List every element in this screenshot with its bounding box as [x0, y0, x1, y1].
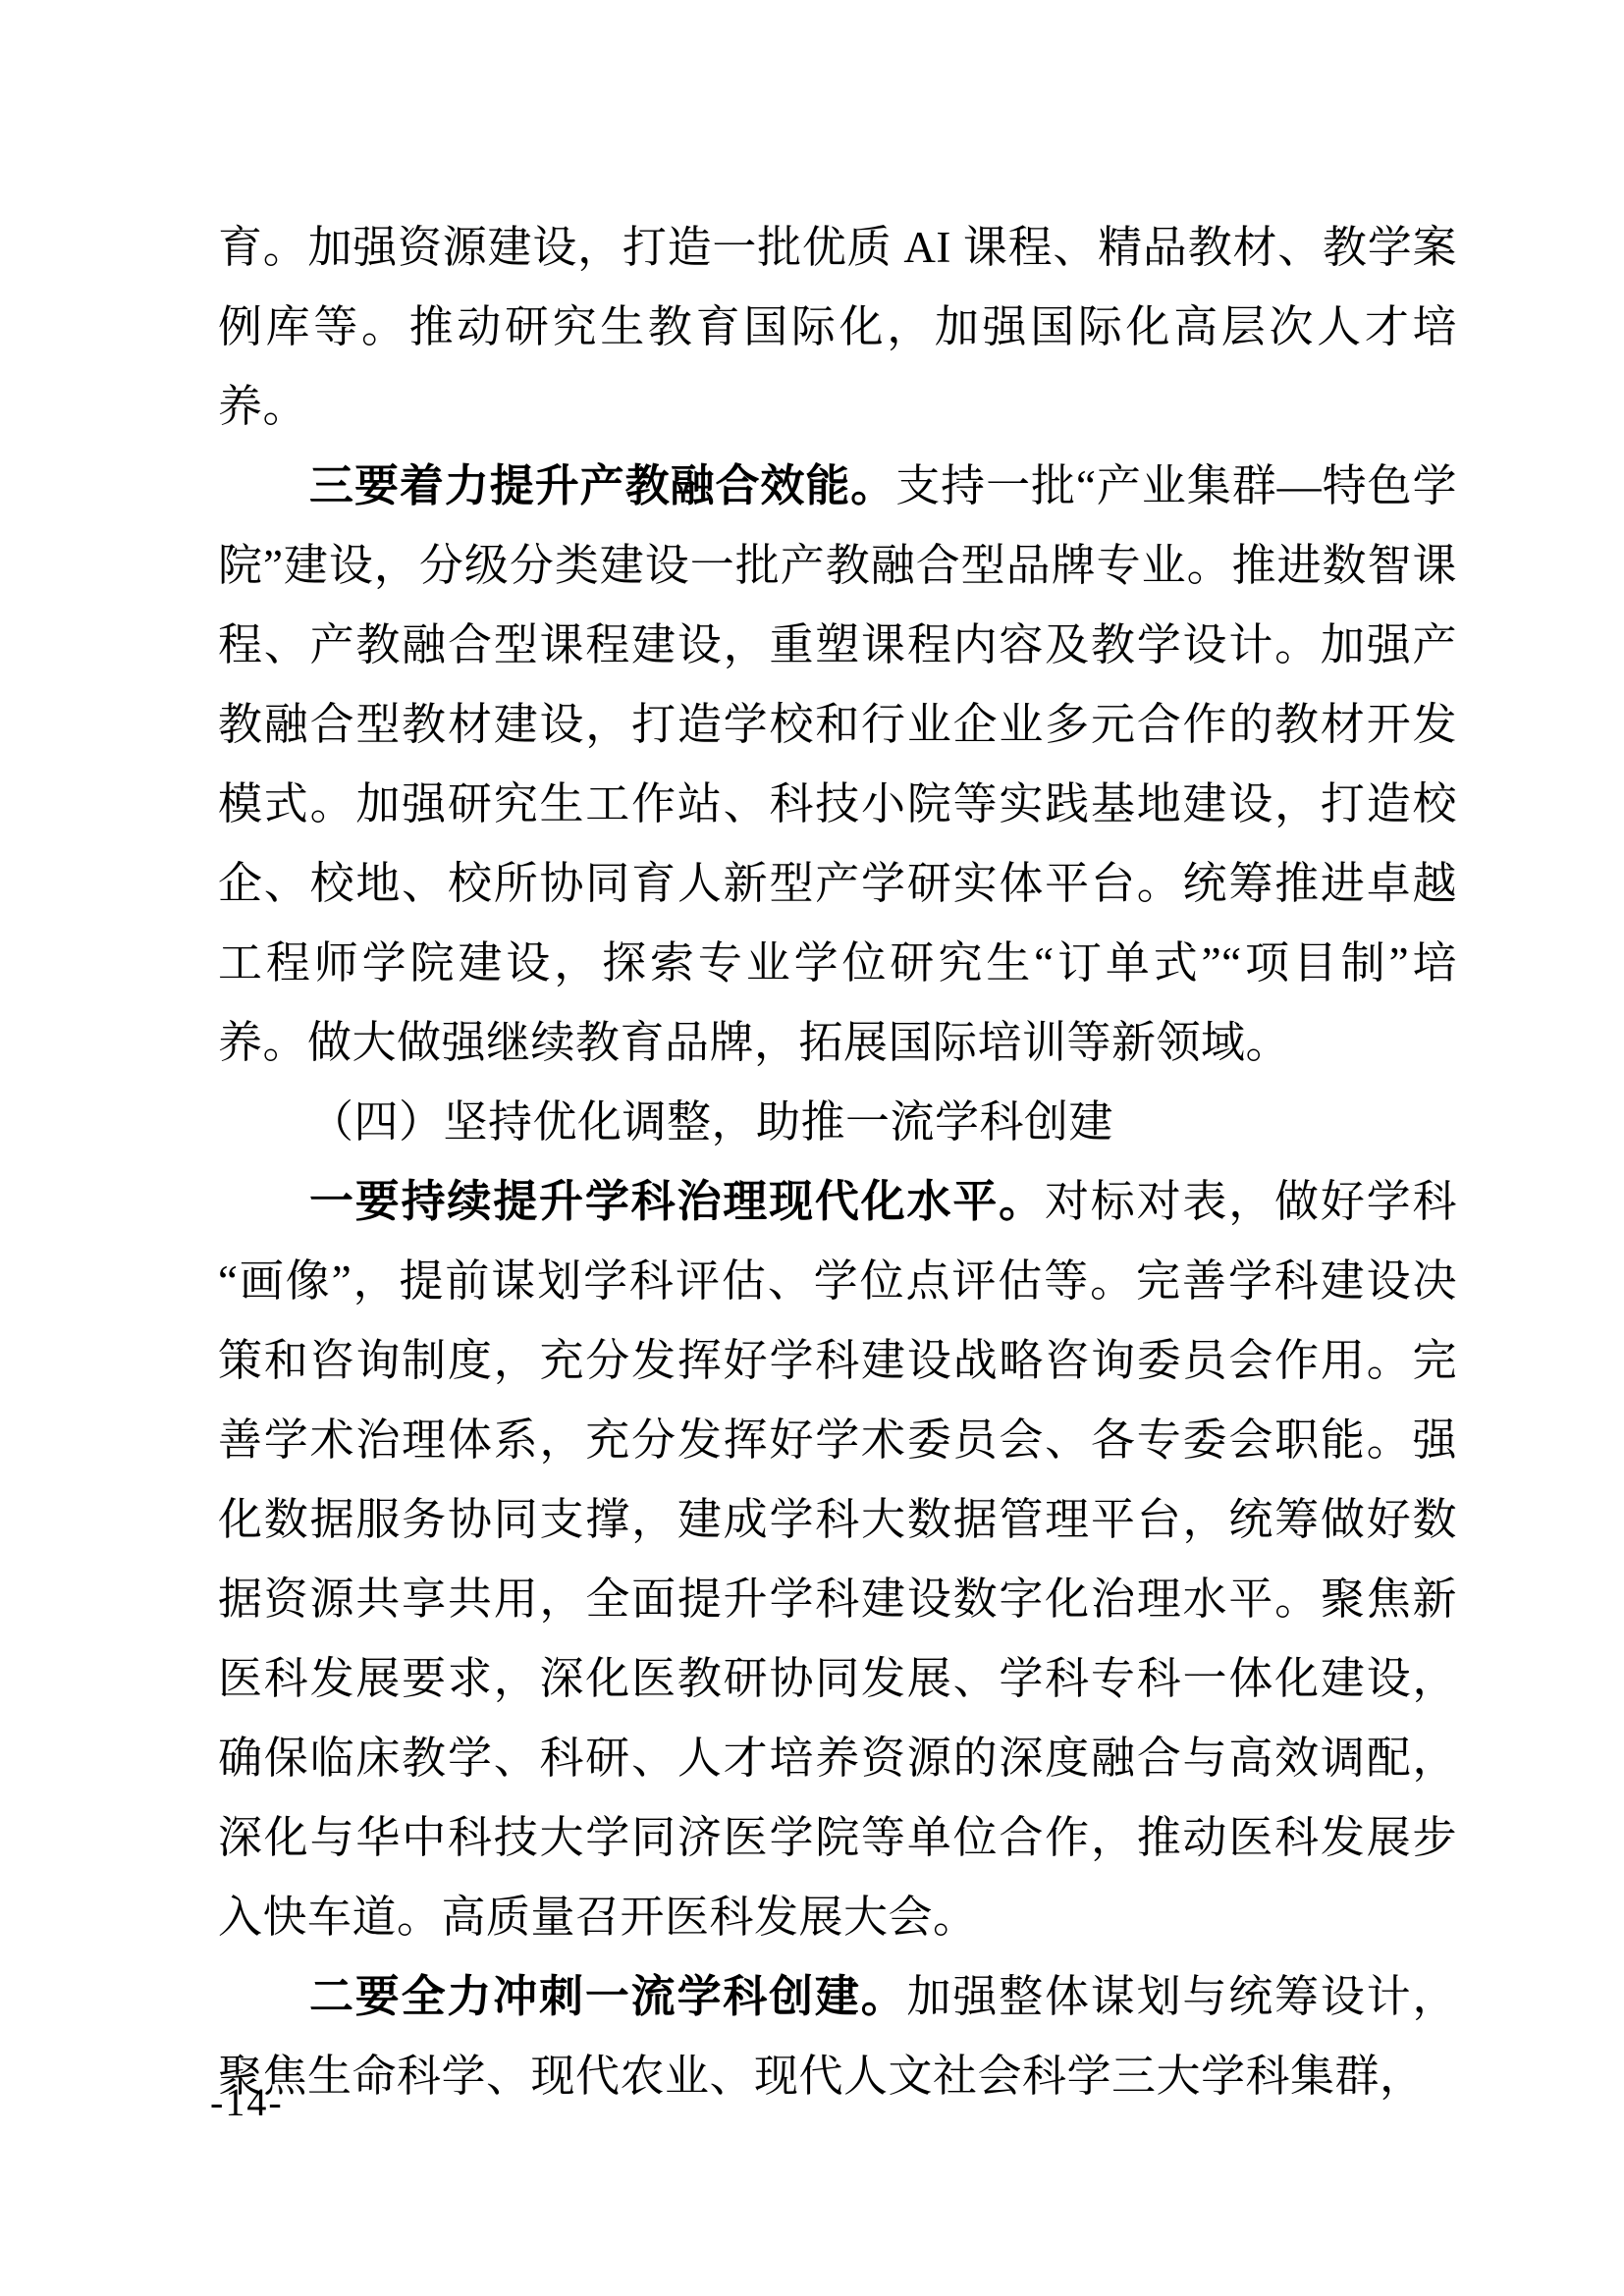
page-number: -14- [210, 2079, 284, 2125]
paragraph-text: 育。加强资源建设，打造一批优质 AI 课程、精品教材、教学案例库等。推动研究生教… [218, 223, 1457, 431]
paragraph-lead-bold: 二要全力冲刺一流学科创建。 [309, 1972, 907, 2021]
paragraph-industry-education: 三要着力提升产教融合效能。支持一批“产业集群—特色学院”建设，分级分类建设一批产… [218, 447, 1457, 1083]
paragraph-text: 支持一批“产业集群—特色学院”建设，分级分类建设一批产教融合型品牌专业。推进数智… [218, 461, 1457, 1067]
paragraph-lead-bold: 三要着力提升产教融合效能。 [309, 461, 895, 510]
section-heading: （四）坚持优化调整，助推一流学科创建 [218, 1083, 1457, 1162]
paragraph-text: 对标对表，做好学科“画像”，提前谋划学科评估、学位点评估等。完善学科建设决策和咨… [218, 1177, 1457, 1942]
paragraph-discipline-governance: 一要持续提升学科治理现代化水平。对标对表，做好学科“画像”，提前谋划学科评估、学… [218, 1162, 1457, 1957]
section-heading-text: （四）坚持优化调整，助推一流学科创建 [309, 1097, 1113, 1147]
paragraph-first-class-discipline: 二要全力冲刺一流学科创建。加强整体谋划与统筹设计，聚焦生命科学、现代农业、现代人… [218, 1957, 1457, 2116]
document-page: 育。加强资源建设，打造一批优质 AI 课程、精品教材、教学案例库等。推动研究生教… [0, 0, 1624, 2296]
paragraph-continuation: 育。加强资源建设，打造一批优质 AI 课程、精品教材、教学案例库等。推动研究生教… [218, 208, 1457, 447]
paragraph-lead-bold: 一要持续提升学科治理现代化水平。 [309, 1177, 1045, 1226]
document-body: 育。加强资源建设，打造一批优质 AI 课程、精品教材、教学案例库等。推动研究生教… [218, 208, 1457, 2116]
